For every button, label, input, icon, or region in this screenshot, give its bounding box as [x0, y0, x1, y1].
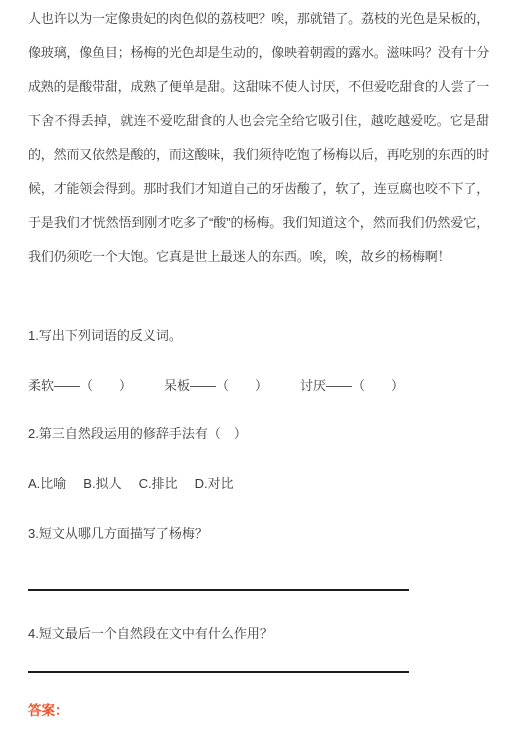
- question-4-label: 4.短文最后一个自然段在文中有什么作用？: [28, 624, 489, 644]
- answer-blank-line-2: [28, 671, 409, 673]
- worksheet-page: 人也许以为一定像贵妃的肉色似的荔枝吧？唉，那就错了。荔枝的光色是呆板的，像玻璃，…: [0, 0, 513, 741]
- question-1-label: 1.写出下列词语的反义词。: [28, 326, 489, 346]
- question-2-label: 2.第三自然段运用的修辞手法有（ ）: [28, 424, 489, 444]
- option-d: D.对比: [195, 474, 234, 494]
- option-a: A.比喻: [28, 474, 66, 494]
- antonym-blank-rouruan: 柔软——（ ）: [28, 376, 132, 396]
- question-3-label: 3.短文从哪几方面描写了杨梅？: [28, 524, 489, 544]
- question-2-options: A.比喻 B.拟人 C.排比 D.对比: [28, 474, 489, 494]
- option-b: B.拟人: [83, 474, 121, 494]
- answer-section-label: 答案：: [28, 701, 489, 721]
- passage-paragraph: 人也许以为一定像贵妃的肉色似的荔枝吧？唉，那就错了。荔枝的光色是呆板的，像玻璃，…: [28, 2, 489, 274]
- question-1-blanks: 柔软——（ ） 呆板——（ ） 讨厌——（ ）: [28, 376, 489, 396]
- answer-blank-line-1: [28, 589, 409, 591]
- antonym-blank-taoyan: 讨厌——（ ）: [300, 376, 404, 396]
- option-c: C.排比: [139, 474, 178, 494]
- antonym-blank-daiban: 呆板——（ ）: [164, 376, 268, 396]
